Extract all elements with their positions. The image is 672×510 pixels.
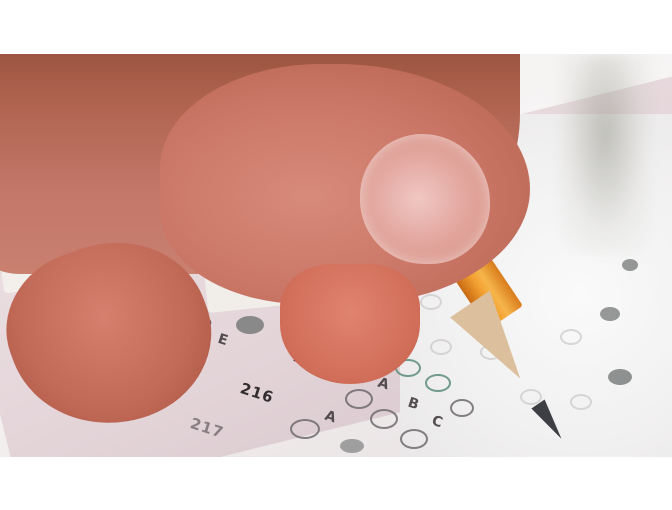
answer-bubble xyxy=(570,394,592,410)
answer-bubble xyxy=(290,419,320,439)
filled-bubble xyxy=(340,439,364,453)
answer-bubble xyxy=(345,389,373,409)
background-blur xyxy=(560,54,650,254)
answer-bubble xyxy=(450,399,474,417)
answer-bubble xyxy=(560,329,582,345)
filled-bubble xyxy=(622,259,638,271)
answer-bubble xyxy=(420,294,442,310)
filled-bubble xyxy=(236,316,264,334)
answer-bubble xyxy=(400,429,428,449)
photo: 215 216 217 A B C D E E A xyxy=(0,54,672,457)
fingernail xyxy=(360,134,490,264)
answer-bubble xyxy=(430,339,452,355)
filled-bubble xyxy=(600,307,620,321)
filled-bubble xyxy=(608,369,632,385)
middle-finger xyxy=(280,264,420,384)
answer-bubble xyxy=(425,374,451,392)
answer-bubble xyxy=(370,409,398,429)
